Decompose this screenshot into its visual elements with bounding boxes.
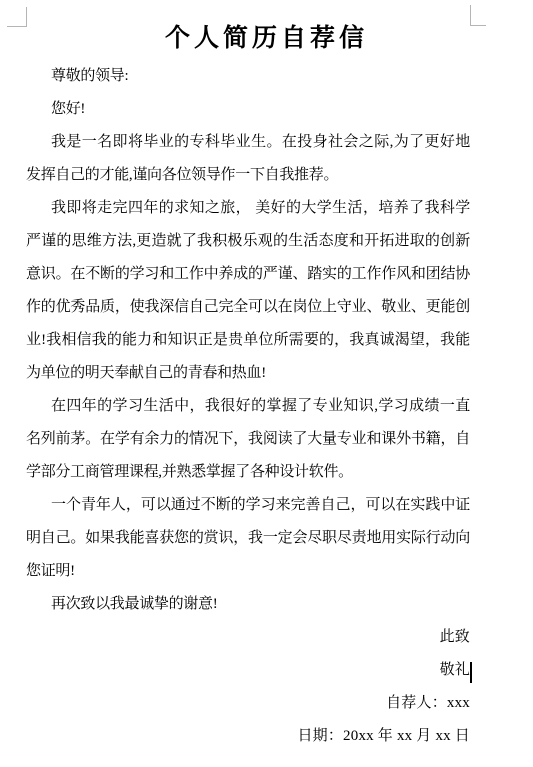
body-line[interactable]: 名列前茅。在学有余力的情况下，我阅读了大量专业和课外书籍，自: [26, 423, 470, 456]
body-line[interactable]: 我即将走完四年的求知之旅， 美好的大学生活，培养了我科学: [26, 192, 470, 225]
closing-jingli-line[interactable]: 敬礼: [26, 654, 470, 687]
signer-line[interactable]: 自荐人：xxx: [26, 687, 470, 720]
body-line[interactable]: 为单位的明天奉献自己的青春和热血!: [26, 357, 470, 390]
body-line[interactable]: 作的优秀品质，使我深信自己完全可以在岗位上守业、敬业、更能创: [26, 291, 470, 324]
body-line[interactable]: 发挥自己的才能,谨向各位领导作一下自我推荐。: [26, 159, 470, 192]
body-line[interactable]: 学部分工商管理课程,并熟悉掌握了各种设计软件。: [26, 456, 470, 489]
document-title[interactable]: 个人简历自荐信: [0, 25, 533, 53]
thanks-line[interactable]: 再次致以我最诚挚的谢意!: [26, 588, 470, 621]
text-boundary-mark-top-right: [470, 5, 486, 26]
body-line[interactable]: 在四年的学习生活中，我很好的掌握了专业知识,学习成绩一直: [26, 390, 470, 423]
text-cursor: [470, 662, 472, 683]
document-page: 个人简历自荐信 尊敬的领导: 您好! 我是一名即将毕业的专科毕业生。在投身社会之…: [0, 0, 533, 767]
body-line[interactable]: 明自己。如果我能喜获您的赏识，我一定会尽职尽责地用实际行动向: [26, 522, 470, 555]
body-line[interactable]: 意识。在不断的学习和工作中养成的严谨、踏实的工作作风和团结协: [26, 258, 470, 291]
body-line[interactable]: 一个青年人，可以通过不断的学习来完善自己，可以在实践中证: [26, 489, 470, 522]
body-line[interactable]: 您证明!: [26, 555, 470, 588]
body-line[interactable]: 严谨的思维方法,更造就了我积极乐观的生活态度和开拓进取的创新: [26, 225, 470, 258]
salutation-line[interactable]: 尊敬的领导:: [26, 60, 470, 93]
body-line[interactable]: 业!我相信我的能力和知识正是贵单位所需要的，我真诚渴望，我能: [26, 324, 470, 357]
text-boundary-mark-top-left: [7, 7, 27, 27]
date-line[interactable]: 日期：20xx 年 xx 月 xx 日: [26, 720, 470, 753]
body-line[interactable]: 我是一名即将毕业的专科毕业生。在投身社会之际,为了更好地: [26, 126, 470, 159]
document-text-area[interactable]: 尊敬的领导: 您好! 我是一名即将毕业的专科毕业生。在投身社会之际,为了更好地 …: [26, 60, 470, 753]
closing-zhici-line[interactable]: 此致: [26, 621, 470, 654]
greeting-line[interactable]: 您好!: [26, 93, 470, 126]
